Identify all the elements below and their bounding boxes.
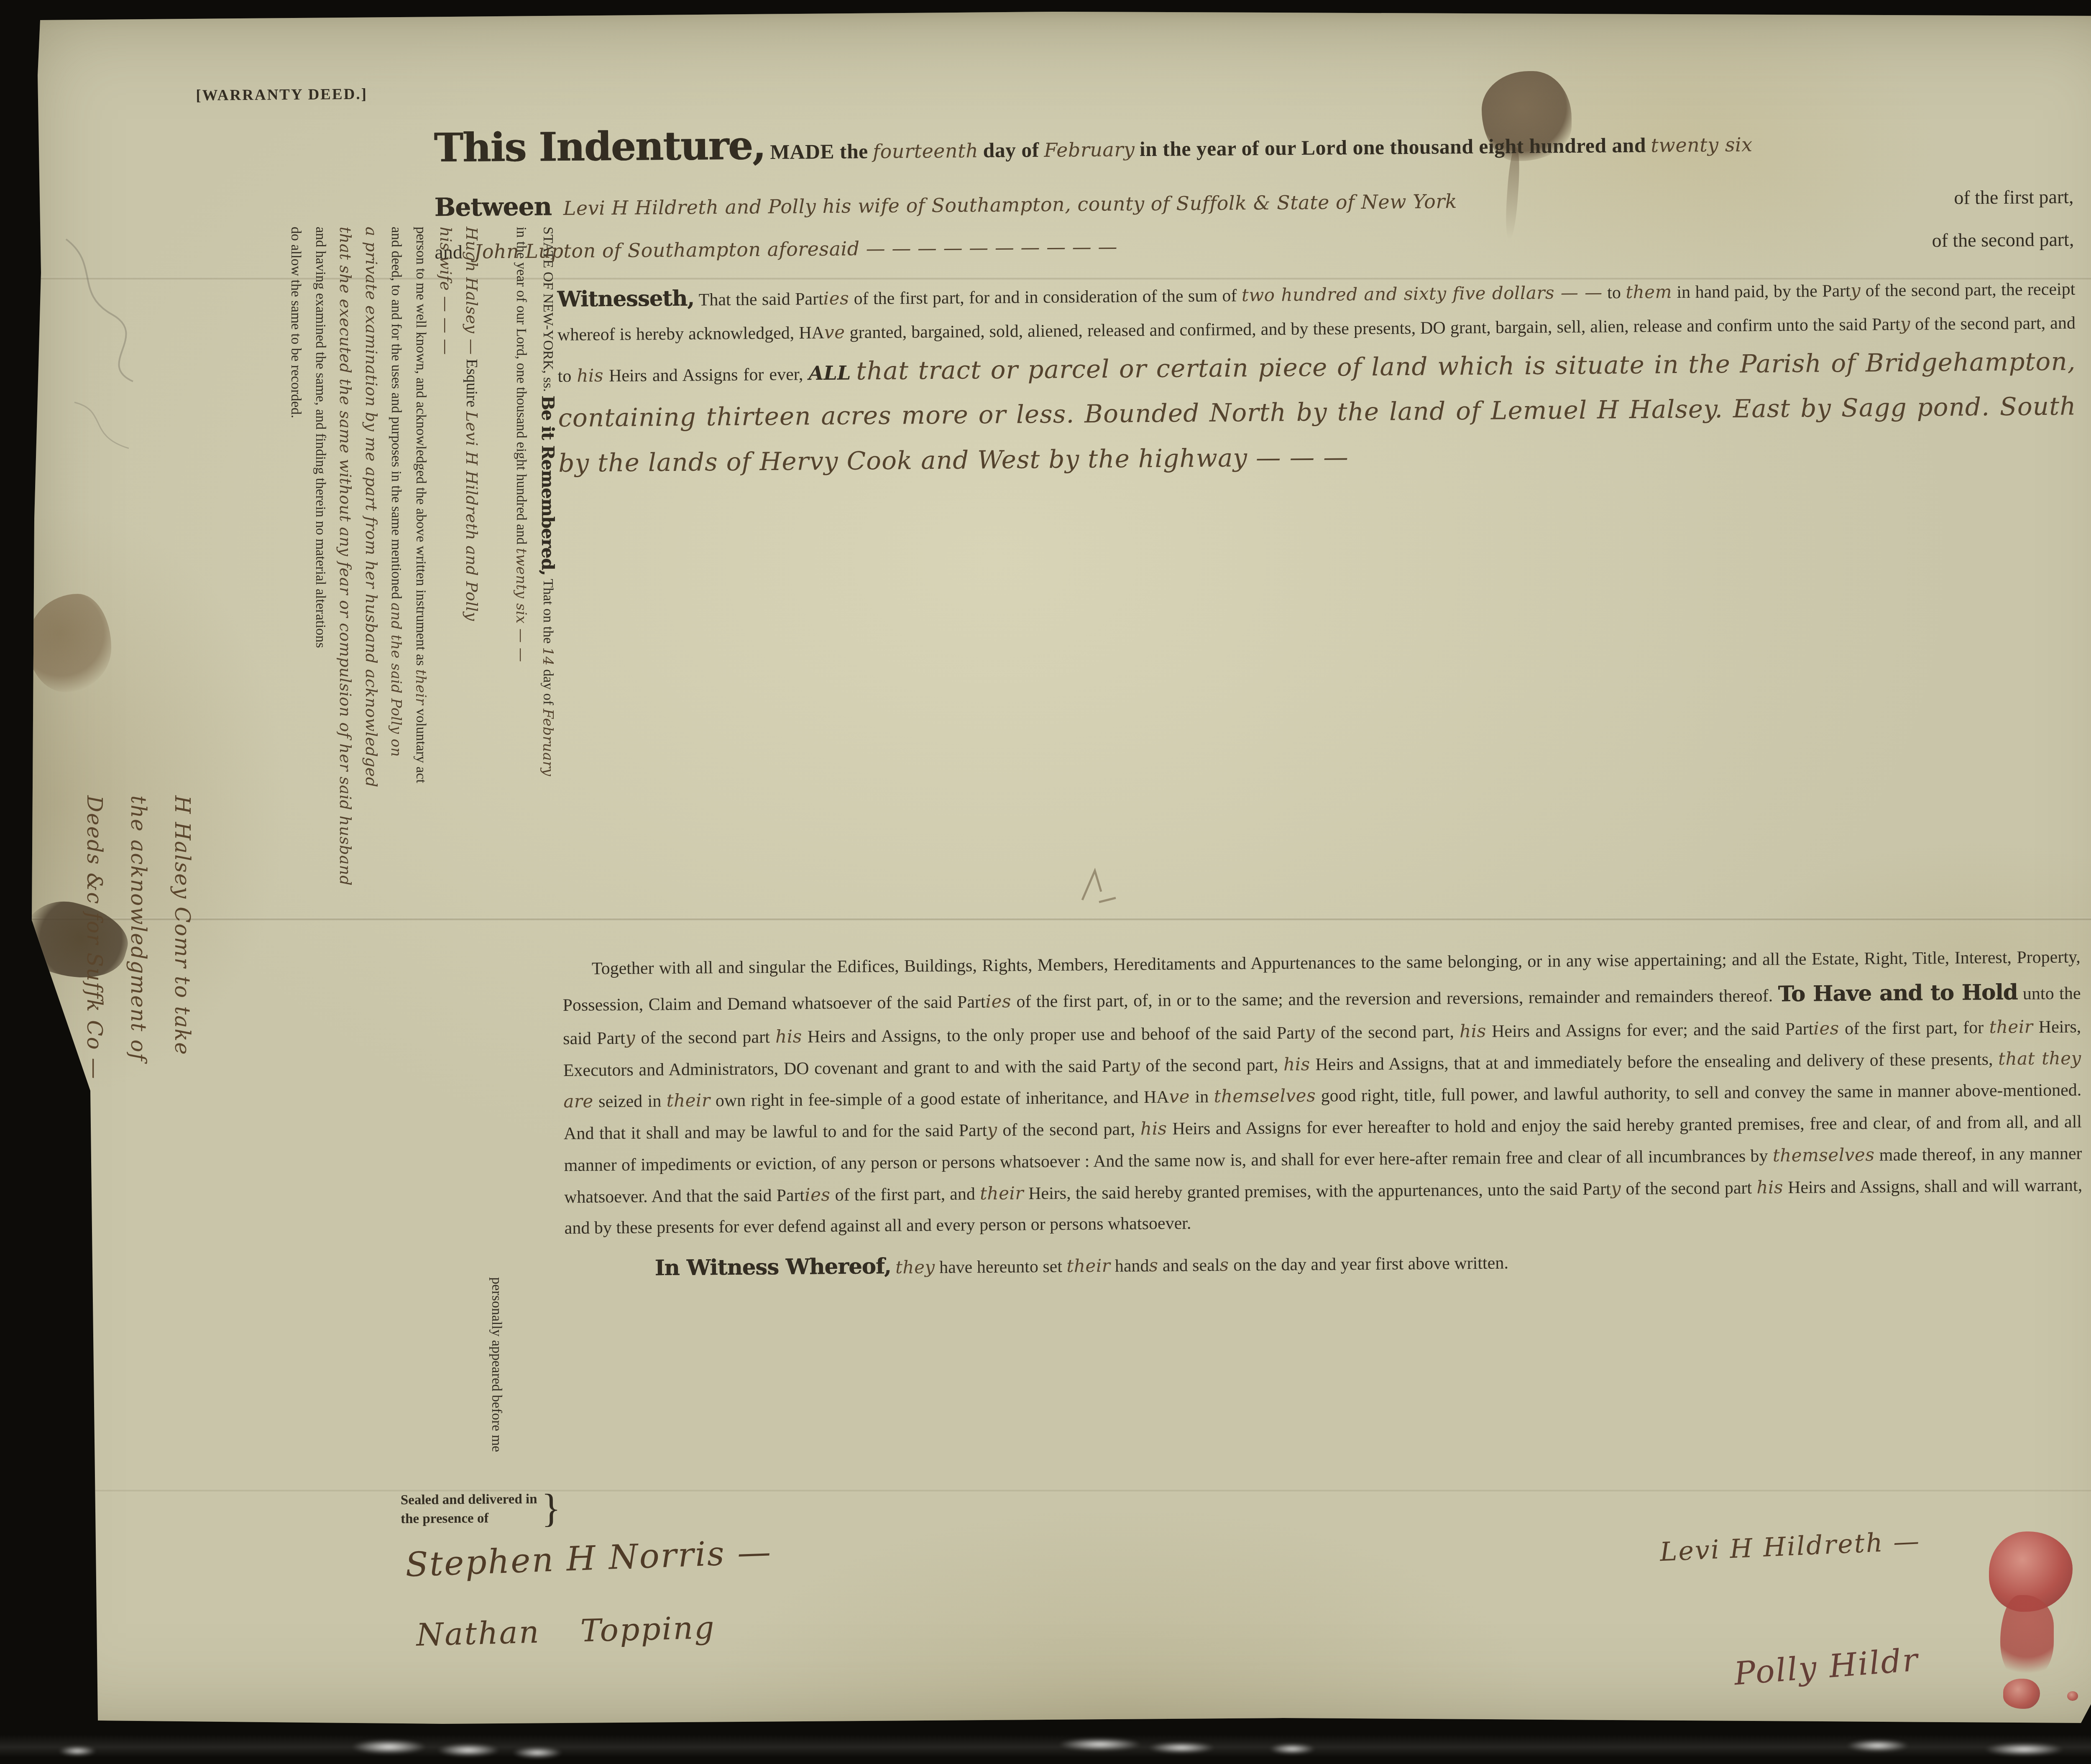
text-segment: Heirs and Assigns, that at and immediate…	[1315, 1050, 1993, 1074]
text-segment: Heirs and Assigns for ever hereafter to …	[564, 1112, 2082, 1175]
text-segment: in	[1195, 1087, 1209, 1107]
mat-glare	[1058, 1738, 1142, 1751]
witness-clause: In Witness Whereof, they have hereunto s…	[565, 1238, 2083, 1288]
text-segment: ies	[805, 1184, 831, 1205]
habendum-paragraph: Together with all and singular the Edifi…	[562, 941, 2083, 1244]
text-segment: of the second part	[641, 1028, 770, 1048]
attestation-line-2: the presence of	[401, 1508, 537, 1528]
text-segment: own right in fee-simple of a good estate…	[716, 1088, 1169, 1111]
text-segment: of the first part, for and in considerat…	[854, 286, 1237, 308]
text-segment: of the second part,	[1321, 1022, 1454, 1043]
text-segment: Heirs and Assigns, to the only proper us…	[808, 1023, 1305, 1046]
scanned-deed-photo: { "document": { "type_label": "[WARRANTY…	[0, 0, 2091, 1764]
text-segment: granted, bargained, sold, aliened, relea…	[849, 315, 1900, 343]
text-segment: seized in	[598, 1092, 661, 1112]
text-segment: MADE the	[770, 140, 868, 164]
text-segment: of the second part	[1626, 1178, 1752, 1198]
mat-glare	[351, 1740, 427, 1754]
text-segment: y	[1851, 280, 1861, 301]
attestation-brace: }	[541, 1490, 561, 1526]
opening-line-1: This Indenture, MADE the fourteenth day …	[434, 107, 2073, 177]
text-segment: have hereunto set	[939, 1257, 1062, 1277]
text-segment: his	[1460, 1021, 1486, 1041]
text-segment: of the second part,	[1145, 1055, 1278, 1075]
text-segment: y	[1130, 1055, 1140, 1076]
wax-seal-dot	[2067, 1691, 2078, 1701]
text-segment: their	[1066, 1255, 1110, 1276]
text-segment: In Witness Whereof,	[654, 1254, 891, 1281]
text-segment: ve	[1169, 1087, 1190, 1107]
text-segment: his	[1756, 1177, 1783, 1197]
text-segment: Between	[434, 189, 552, 226]
text-segment: y	[1900, 314, 1911, 334]
text-segment: to	[1607, 283, 1621, 302]
mat-glare	[1148, 1742, 1215, 1753]
text-segment: twenty six	[1651, 133, 1752, 157]
text-segment: hand	[1115, 1256, 1149, 1276]
text-segment: That the said Part	[699, 289, 823, 309]
opening-line-2: Between Levi H Hildreth and Polly his wi…	[434, 176, 2074, 225]
text-segment: and	[435, 238, 463, 266]
text-segment: on the day and year first above written.	[1233, 1253, 1508, 1275]
deed-document-sheet: STATE OF NEW-YORK, ss. Be it Remembered,…	[16, 9, 2091, 1734]
text-segment: of the first part, and	[835, 1184, 976, 1205]
attestation-note: Sealed and delivered in the presence of …	[401, 1490, 561, 1528]
mat-glare	[59, 1746, 96, 1756]
text-segment: they	[895, 1257, 935, 1278]
text-segment: Levi H Hildreth and Polly his wife of So…	[563, 184, 1943, 222]
text-segment: ve	[824, 322, 845, 343]
text-segment: their	[666, 1090, 710, 1111]
text-segment: February	[1044, 138, 1135, 161]
deed-main-text-area: [WARRANTY DEED.] This Indenture, MADE th…	[15, 0, 2091, 1738]
text-segment: Witnesseth,	[557, 286, 694, 312]
text-segment: ies	[1813, 1018, 1839, 1038]
mat-glare	[1846, 1740, 1909, 1751]
text-segment: day of	[983, 138, 1039, 162]
text-segment: Heirs and Assigns for ever; and the said…	[1492, 1019, 1814, 1041]
text-segment: themselves	[1214, 1085, 1316, 1107]
text-segment: Heirs and Assigns for ever,	[609, 365, 803, 386]
attestation-line-1: Sealed and delivered in	[401, 1490, 537, 1510]
indenture-opening: This Indenture, MADE the fourteenth day …	[434, 107, 2074, 279]
grantor-signature-polly-hildreth: Polly Hildr	[1733, 1641, 1920, 1692]
wax-seal-polly	[2003, 1679, 2040, 1709]
text-segment: Heirs, the said hereby granted premises,…	[1028, 1179, 1611, 1203]
witness-signature-nathan-topping: Nathan Topping	[416, 1610, 716, 1653]
text-segment: ALL	[808, 361, 851, 384]
grantor-signature-levi-hildreth: Levi H Hildreth —	[1659, 1526, 1921, 1567]
text-segment: To Have and to Hold	[1778, 979, 2017, 1006]
text-segment: his	[577, 365, 603, 386]
opening-line-3: and John Lupton of Southampton aforesaid…	[435, 225, 2074, 266]
mat-glare	[1269, 1744, 1315, 1754]
text-segment: y	[1305, 1022, 1315, 1043]
text-segment: y	[987, 1120, 997, 1140]
mat-glare	[437, 1744, 500, 1756]
wax-seal-drip	[2000, 1595, 2054, 1681]
text-segment: his	[1140, 1118, 1167, 1139]
text-segment: of the first part, of, in or to the same…	[1016, 986, 1773, 1011]
mat-glare	[1984, 1743, 2064, 1756]
text-segment: two hundred and sixty five dollars — —	[1242, 282, 1603, 305]
witness-signature-stephen-norris: Stephen H Norris —	[405, 1532, 773, 1584]
mat-glare-band	[0, 1735, 2091, 1757]
text-segment: in the year of our Lord one thousand eig…	[1140, 134, 1646, 161]
text-segment: in hand paid, by the Part	[1677, 281, 1851, 302]
habendum-section: Together with all and singular the Edifi…	[562, 941, 2083, 1288]
mat-glare	[512, 1747, 562, 1758]
text-segment: y	[625, 1028, 636, 1048]
text-segment: of the second part,	[1002, 1120, 1135, 1140]
text-segment: their	[980, 1183, 1024, 1204]
text-segment: his	[775, 1026, 802, 1046]
witnesseth-paragraph: Witnesseth, That the said Parties of the…	[557, 268, 2077, 486]
text-segment: This Indenture,	[434, 122, 765, 171]
text-segment: and seal	[1163, 1256, 1220, 1276]
text-segment: of the first part, for	[1845, 1018, 1984, 1038]
text-segment: s	[1219, 1255, 1229, 1275]
text-segment: ies	[985, 991, 1011, 1011]
text-segment: themselves	[1773, 1144, 1875, 1166]
text-segment: y	[1611, 1178, 1621, 1199]
text-segment: them	[1626, 281, 1672, 302]
text-segment: s	[1149, 1255, 1158, 1276]
text-segment: fourteenth	[873, 139, 978, 163]
text-segment: John Lupton of Southampton aforesaid — —…	[474, 227, 1920, 266]
text-segment: of the second part,	[1932, 226, 2074, 255]
attestation-lines: Sealed and delivered in the presence of	[401, 1490, 537, 1529]
text-segment: ies	[823, 288, 849, 309]
text-segment: their	[1989, 1016, 2033, 1037]
form-type-label: [WARRANTY DEED.]	[196, 85, 368, 105]
text-segment: of the first part,	[1954, 183, 2074, 212]
text-segment: his	[1283, 1054, 1310, 1074]
